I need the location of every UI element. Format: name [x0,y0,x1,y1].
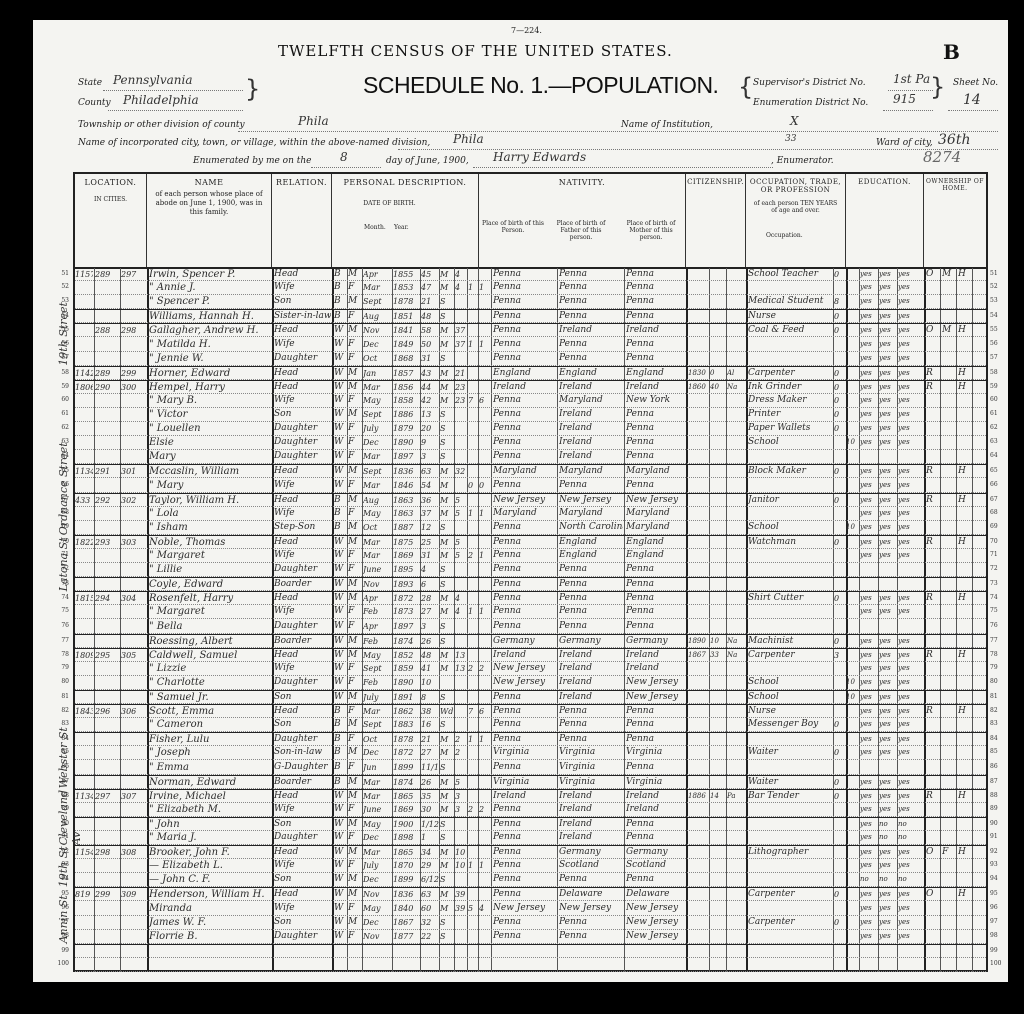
cell-free [942,888,956,901]
cell-father: Penna [559,916,623,929]
cell-write: yes [879,394,897,407]
cell-english: yes [898,888,918,901]
cell-owned [926,859,940,872]
cell-name: " Margaret [149,605,271,618]
cell-occupation: Lithographer [748,846,832,859]
cell-nat [727,662,745,675]
cell-yrs-us [710,733,726,746]
cell-english [898,620,918,633]
cell-name: Fisher, Lulu [149,733,271,746]
cell-free [942,592,956,605]
cell-yrs-us [710,605,726,618]
cell-farm [958,578,972,591]
cell-write [879,945,897,958]
cell-living: 1 [479,338,489,351]
cell-occupation: Dress Maker [748,394,832,407]
cell-school [846,818,858,831]
cell-nat [727,859,745,872]
cell-month: Aug [363,310,391,323]
cell-birth: Penna [493,479,555,492]
cell-write: yes [879,310,897,323]
cell-birth: Penna [493,620,555,633]
cell-nat [727,705,745,718]
cell-mother-of: 7 [468,705,478,718]
cell-read: yes [860,338,878,351]
cell-yrs-married: 10 [455,846,467,859]
cell-yrs-married: 13 [455,649,467,662]
cell-owned [926,718,940,731]
cell-sex: M [348,494,360,507]
cell-living [479,295,489,308]
table-row: 88881134297307Irvine, MichaelHeadWMMar18… [75,789,986,803]
cell-unemp [834,818,844,831]
cell-yrs-us [710,268,726,281]
cell-nat [727,930,745,943]
township-value: Phila [298,114,329,128]
cell-free [942,930,956,943]
table-row: 9999 [75,944,986,958]
cell-yrs-married: 4 [455,268,467,281]
cell-relation: G-Daughter [274,761,331,774]
cell-relation: Head [274,367,331,380]
cell-nat [727,394,745,407]
cell-unemp [834,281,844,294]
cell-relation: Daughter [274,352,331,365]
table-row: 5757" Jennie W.DaughterWFOct186831SPenna… [75,352,986,366]
cell-immig [688,818,708,831]
cell-unemp: 0 [834,310,844,323]
cell-birth: Penna [493,831,555,844]
sheet-letter: B [943,40,960,64]
cell-marital: Wd [440,705,454,718]
cell-marital: M [440,324,454,337]
cell-write: yes [879,436,897,449]
cell-yrs-us [710,324,726,337]
cell-free [942,479,956,492]
occupation-col-heading: Occupation. [766,232,803,239]
cell-relation: Son [274,295,331,308]
cell-yrs-married: 3 [455,803,467,816]
cell-farm [958,676,972,689]
stamp-number: 8274 [923,148,961,166]
cell-school [846,310,858,323]
cell-dwelling: 297 [95,790,119,803]
cell-relation: Wife [274,605,331,618]
cell-marital: M [440,494,454,507]
cell-read [860,761,878,774]
cell-dwelling [95,831,119,844]
cell-yrs-married: 5 [455,549,467,562]
cell-nat [727,324,745,337]
cell-family [121,916,145,929]
line-number-right: 83 [990,720,998,727]
cell-mother-of: 1 [468,338,478,351]
cell-family: 303 [121,536,145,549]
cell-dwelling: 289 [95,268,119,281]
cell-occupation: Printer [748,408,832,421]
cell-school [846,592,858,605]
cell-marital: M [440,479,454,492]
cell-school [846,422,858,435]
cell-farm [958,549,972,562]
cell-father: Germany [559,635,623,648]
cell-house [75,507,93,520]
cell-farm: H [958,367,972,380]
cell-english: yes [898,422,918,435]
cell-unemp: 0 [834,324,844,337]
cell-color: W [334,563,346,576]
cell-age: 16 [421,718,439,731]
enum-district-label: Enumeration District No. [753,98,868,108]
cell-school [846,831,858,844]
cell-sex: F [348,930,360,943]
cell-owned [926,521,940,534]
cell-living [479,790,489,803]
cell-name: Caldwell, Samuel [149,649,271,662]
cell-yrs-us [710,465,726,478]
cell-english [898,958,918,971]
cell-month: July [363,422,391,435]
cell-name: " Bella [149,620,271,633]
cell-write: yes [879,338,897,351]
cell-relation: Daughter [274,620,331,633]
cell-occupation: Janitor [748,494,832,507]
cell-farm [958,818,972,831]
cell-mother: New Jersey [626,930,686,943]
cell-name [149,958,271,971]
extra-mark: 33 [785,134,796,144]
cell-farm [958,479,972,492]
cell-nat [727,281,745,294]
cell-dwelling [95,521,119,534]
street-name: Ordnance Street [57,366,70,535]
table-row: 6767433292302Taylor, William H.HeadBMAug… [75,493,986,507]
cell-immig [688,746,708,759]
cell-month: Feb [363,635,391,648]
line-number-right: 54 [990,312,998,319]
cell-marital: S [440,691,454,704]
cell-sex: M [348,324,360,337]
line-number-right: 53 [990,297,998,304]
cell-yrs-married: 4 [455,592,467,605]
cell-yrs-married [455,310,467,323]
cell-father: Penna [559,733,623,746]
cell-write: yes [879,846,897,859]
cell-father [559,945,623,958]
cell-living [479,635,489,648]
cell-free [942,859,956,872]
cell-yrs-us [710,536,726,549]
cell-school [846,507,858,520]
cell-owned [926,733,940,746]
cell-age: 26 [421,776,439,789]
education-heading: EDUCATION. [846,178,923,186]
cell-sex: M [348,691,360,704]
cell-mother-of [468,873,478,886]
cell-unemp: 0 [834,916,844,929]
cell-sex: F [348,705,360,718]
cell-month: Dec [363,436,391,449]
cell-school [846,578,858,591]
cell-family [121,295,145,308]
cell-year: 1858 [393,394,419,407]
cell-unemp [834,662,844,675]
cell-nat [727,450,745,463]
cell-marital: S [440,818,454,831]
cell-unemp [834,958,844,971]
table-row: 8686" EmmaG-DaughterBFJun189911/12SPenna… [75,761,986,775]
cell-relation: Daughter [274,422,331,435]
cell-age: 3 [421,450,439,463]
cell-sex: M [348,916,360,929]
cell-free [942,465,956,478]
cell-living [479,408,489,421]
cell-free [942,281,956,294]
cell-write [879,578,897,591]
cell-year: 1878 [393,733,419,746]
cell-read: yes [860,705,878,718]
cell-year: 1872 [393,592,419,605]
cell-immig [688,958,708,971]
cell-read: yes [860,846,878,859]
table-row: 6464MaryDaughterWFMar18973SPennaIrelandP… [75,450,986,464]
cell-name: " Annie J. [149,281,271,294]
cell-read: yes [860,436,878,449]
cell-dwelling [95,718,119,731]
cell-immig [688,563,708,576]
cell-house [75,733,93,746]
cell-sex: F [348,507,360,520]
cell-dwelling [95,352,119,365]
cell-living [479,324,489,337]
cell-mother: England [626,536,686,549]
cell-farm [958,436,972,449]
cell-free [942,494,956,507]
cell-yrs-married [455,958,467,971]
cell-write: yes [879,859,897,872]
cell-school [846,367,858,380]
cell-free [942,450,956,463]
cell-sex: M [348,718,360,731]
cell-color: W [334,324,346,337]
cell-year: 1897 [393,620,419,633]
cell-house [75,422,93,435]
cell-occupation: Nurse [748,310,832,323]
cell-relation: Head [274,268,331,281]
table-row: 7575" MargaretWifeWFFeb187327M411PennaPe… [75,605,986,619]
line-number-right: 100 [990,960,1001,967]
cell-immig [688,549,708,562]
line-number-right: 97 [990,918,998,925]
cell-mother-of [468,916,478,929]
cell-immig: 1830 [688,367,708,380]
cell-age: 11/12 [421,761,439,774]
cell-age: 29 [421,859,439,872]
header-citizenship: CITIZENSHIP. [686,174,746,267]
cell-free [942,635,956,648]
cell-dwelling [95,916,119,929]
cell-name: Roessing, Albert [149,635,271,648]
cell-birth: Penna [493,803,555,816]
cell-dwelling [95,436,119,449]
cell-mother: Penna [626,268,686,281]
line-number: 100 [39,960,69,967]
cell-age: 21 [421,295,439,308]
cell-nat [727,761,745,774]
cell-read: yes [860,324,878,337]
cell-mother: Germany [626,846,686,859]
cell-sex: F [348,549,360,562]
cell-family [121,563,145,576]
cell-birth: Penna [493,578,555,591]
cell-immig [688,295,708,308]
population-table: LOCATION.IN CITIES. NAMEof each person w… [73,172,988,972]
cell-school [846,958,858,971]
cell-father: Penna [559,338,623,351]
cell-mother: Ireland [626,803,686,816]
township-underline [238,131,998,132]
cell-read: yes [860,649,878,662]
occupation-heading: OCCUPATION, TRADE, OR PROFESSION [746,178,845,194]
cell-free [942,803,956,816]
cell-family [121,338,145,351]
cell-living [479,873,489,886]
cell-sex: M [348,381,360,394]
cell-name: Gallagher, Andrew H. [149,324,271,337]
ownership-heading: OWNERSHIP OF HOME. [924,178,986,192]
cell-immig [688,916,708,929]
cell-unemp: 0 [834,776,844,789]
header-ownership: OWNERSHIP OF HOME. [924,174,986,267]
cell-write: yes [879,930,897,943]
cell-sex: F [348,605,360,618]
cell-name: Miranda [149,902,271,915]
cell-yrs-married: 5 [455,776,467,789]
cell-month: Dec [363,338,391,351]
cell-dwelling [95,507,119,520]
cell-family [121,930,145,943]
cell-english: yes [898,394,918,407]
cell-free [942,394,956,407]
cell-immig [688,479,708,492]
cell-family [121,479,145,492]
cell-school [846,746,858,759]
cell-living: 1 [479,605,489,618]
cell-write: yes [879,803,897,816]
cell-house [75,761,93,774]
cell-family [121,620,145,633]
cell-occupation: Watchman [748,536,832,549]
cell-relation: Head [274,846,331,859]
cell-write: yes [879,381,897,394]
cell-write: yes [879,408,897,421]
cell-color: W [334,676,346,689]
cell-marital: S [440,831,454,844]
cell-sex: M [348,465,360,478]
cell-english: yes [898,436,918,449]
cell-month: Nov [363,578,391,591]
cell-sex: M [348,873,360,886]
line-number-right: 64 [990,452,998,459]
cell-farm: H [958,324,972,337]
cell-immig [688,324,708,337]
cell-name: " Maria J. [149,831,271,844]
cell-father: Ireland [559,649,623,662]
cell-occupation [748,803,832,816]
cell-birth: Penna [493,718,555,731]
cell-house [75,916,93,929]
cell-sex: F [348,662,360,675]
cell-father: Ireland [559,803,623,816]
cell-immig [688,846,708,859]
cell-relation: Wife [274,803,331,816]
cell-write: yes [879,733,897,746]
cell-living [479,649,489,662]
cell-school: 10 [846,676,858,689]
cell-year: 1862 [393,705,419,718]
cell-nat [727,436,745,449]
cell-living [479,268,489,281]
cell-birth: Penna [493,563,555,576]
cell-color: B [334,705,346,718]
cell-living [479,888,489,901]
cell-birth: England [493,367,555,380]
cell-month [363,945,391,958]
cell-color: W [334,436,346,449]
cell-nat [727,746,745,759]
cell-english [898,945,918,958]
cell-free [942,733,956,746]
cell-mother: Penna [626,818,686,831]
cell-relation: Son [274,691,331,704]
cell-farm [958,930,972,943]
cell-marital: M [440,790,454,803]
cell-dwelling [95,873,119,886]
cell-read: yes [860,605,878,618]
cell-read [860,563,878,576]
cell-owned [926,507,940,520]
cell-relation: Head [274,494,331,507]
table-row: 58581142289299Horner, EdwardHeadWMJan185… [75,366,986,380]
table-row: 74741815294304Rosenfelt, HarryHeadWMApr1… [75,591,986,605]
cell-name: " John [149,818,271,831]
cell-family [121,676,145,689]
cell-color: W [334,338,346,351]
cell-school [846,563,858,576]
cell-age: 37 [421,507,439,520]
cell-color: W [334,578,346,591]
cell-color: B [334,776,346,789]
cell-free [942,790,956,803]
cell-yrs-us [710,958,726,971]
table-row: 5555288298Gallagher, Andrew H.HeadWMNov1… [75,323,986,337]
cell-father: Penna [559,295,623,308]
cell-mother: Ireland [626,790,686,803]
table-header: LOCATION.IN CITIES. NAMEof each person w… [75,174,986,269]
cell-write: yes [879,718,897,731]
cell-dwelling [95,450,119,463]
cell-living: 1 [479,507,489,520]
cell-free [942,718,956,731]
cell-occupation [748,578,832,591]
cell-house [75,746,93,759]
cell-yrs-us [710,718,726,731]
cell-month: Nov [363,930,391,943]
cell-mother-of [468,521,478,534]
cell-mother-of [468,945,478,958]
cell-english: yes [898,281,918,294]
cell-farm [958,408,972,421]
